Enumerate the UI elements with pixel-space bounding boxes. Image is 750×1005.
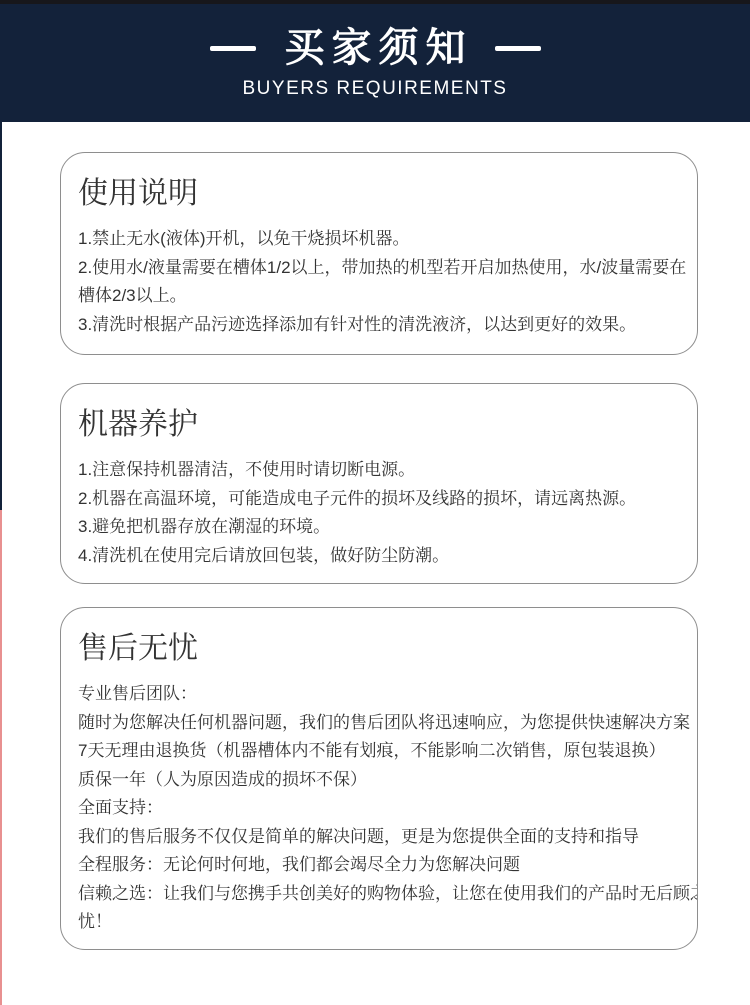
card-line: 1.禁止无水(液体)开机，以免干烧损坏机器。 [78,225,684,254]
card-line: 4.清洗机在使用完后请放回包装，做好防尘防潮。 [78,542,684,571]
page-subtitle: BUYERS REQUIREMENTS [243,79,508,98]
card-body: 1.禁止无水(液体)开机，以免干烧损坏机器。2.使用水/液量需要在槽体1/2以上… [78,225,684,339]
header-title-row: 买家须知 [210,28,541,68]
card-line: 全程服务：无论何时何地，我们都会竭尽全力为您解决问题 [78,851,684,880]
card-line: 我们的售后服务不仅仅是简单的解决问题，更是为您提供全面的支持和指导 [78,823,684,852]
card-title: 机器养护 [78,408,684,442]
card-line: 3.避免把机器存放在潮湿的环境。 [78,513,684,542]
left-edge-line-navy [0,122,2,510]
card-line: 忧！ [78,908,684,937]
card-line: 1.注意保持机器清洁，不使用时请切断电源。 [78,456,684,485]
card-usage: 使用说明 1.禁止无水(液体)开机，以免干烧损坏机器。2.使用水/液量需要在槽体… [60,152,698,355]
card-aftersales: 售后无忧 专业售后团队：随时为您解决任何机器问题，我们的售后团队将迅速响应，为您… [60,607,698,950]
left-edge-line-pink [0,510,2,1005]
card-maintenance: 机器养护 1.注意保持机器清洁，不使用时请切断电源。2.机器在高温环境，可能造成… [60,383,698,584]
card-line: 3.清洗时根据产品污迹选择添加有针对性的清洗液济，以达到更好的效果。 [78,311,684,340]
page-title: 买家须知 [278,28,473,68]
title-left-dash [210,46,256,51]
card-line: 2.机器在高温环境，可能造成电子元件的损坏及线路的损坏，请远离热源。 [78,485,684,514]
card-line: 7天无理由退换货（机器槽体内不能有划痕，不能影响二次销售，原包装退换） [78,737,684,766]
card-line: 随时为您解决任何机器问题，我们的售后团队将迅速响应，为您提供快速解决方案 [78,709,684,738]
notice-cards: 使用说明 1.禁止无水(液体)开机，以免干烧损坏机器。2.使用水/液量需要在槽体… [60,152,698,950]
title-right-dash [495,46,541,51]
card-line: 质保一年（人为原因造成的损坏不保） [78,766,684,795]
card-line: 专业售后团队： [78,680,684,709]
card-body: 专业售后团队：随时为您解决任何机器问题，我们的售后团队将迅速响应，为您提供快速解… [78,680,684,937]
card-line: 全面支持： [78,794,684,823]
card-title: 使用说明 [78,177,684,211]
buyers-notice-header: 买家须知 BUYERS REQUIREMENTS [0,4,750,122]
card-title: 售后无忧 [78,632,684,666]
card-body: 1.注意保持机器清洁，不使用时请切断电源。2.机器在高温环境，可能造成电子元件的… [78,456,684,570]
card-line: 槽体2/3以上。 [78,282,684,311]
card-line: 信赖之选：让我们与您携手共创美好的购物体验，让您在使用我们的产品时无后顾之 [78,880,684,909]
card-line: 2.使用水/液量需要在槽体1/2以上，带加热的机型若开启加热使用，水/波量需要在 [78,254,684,283]
